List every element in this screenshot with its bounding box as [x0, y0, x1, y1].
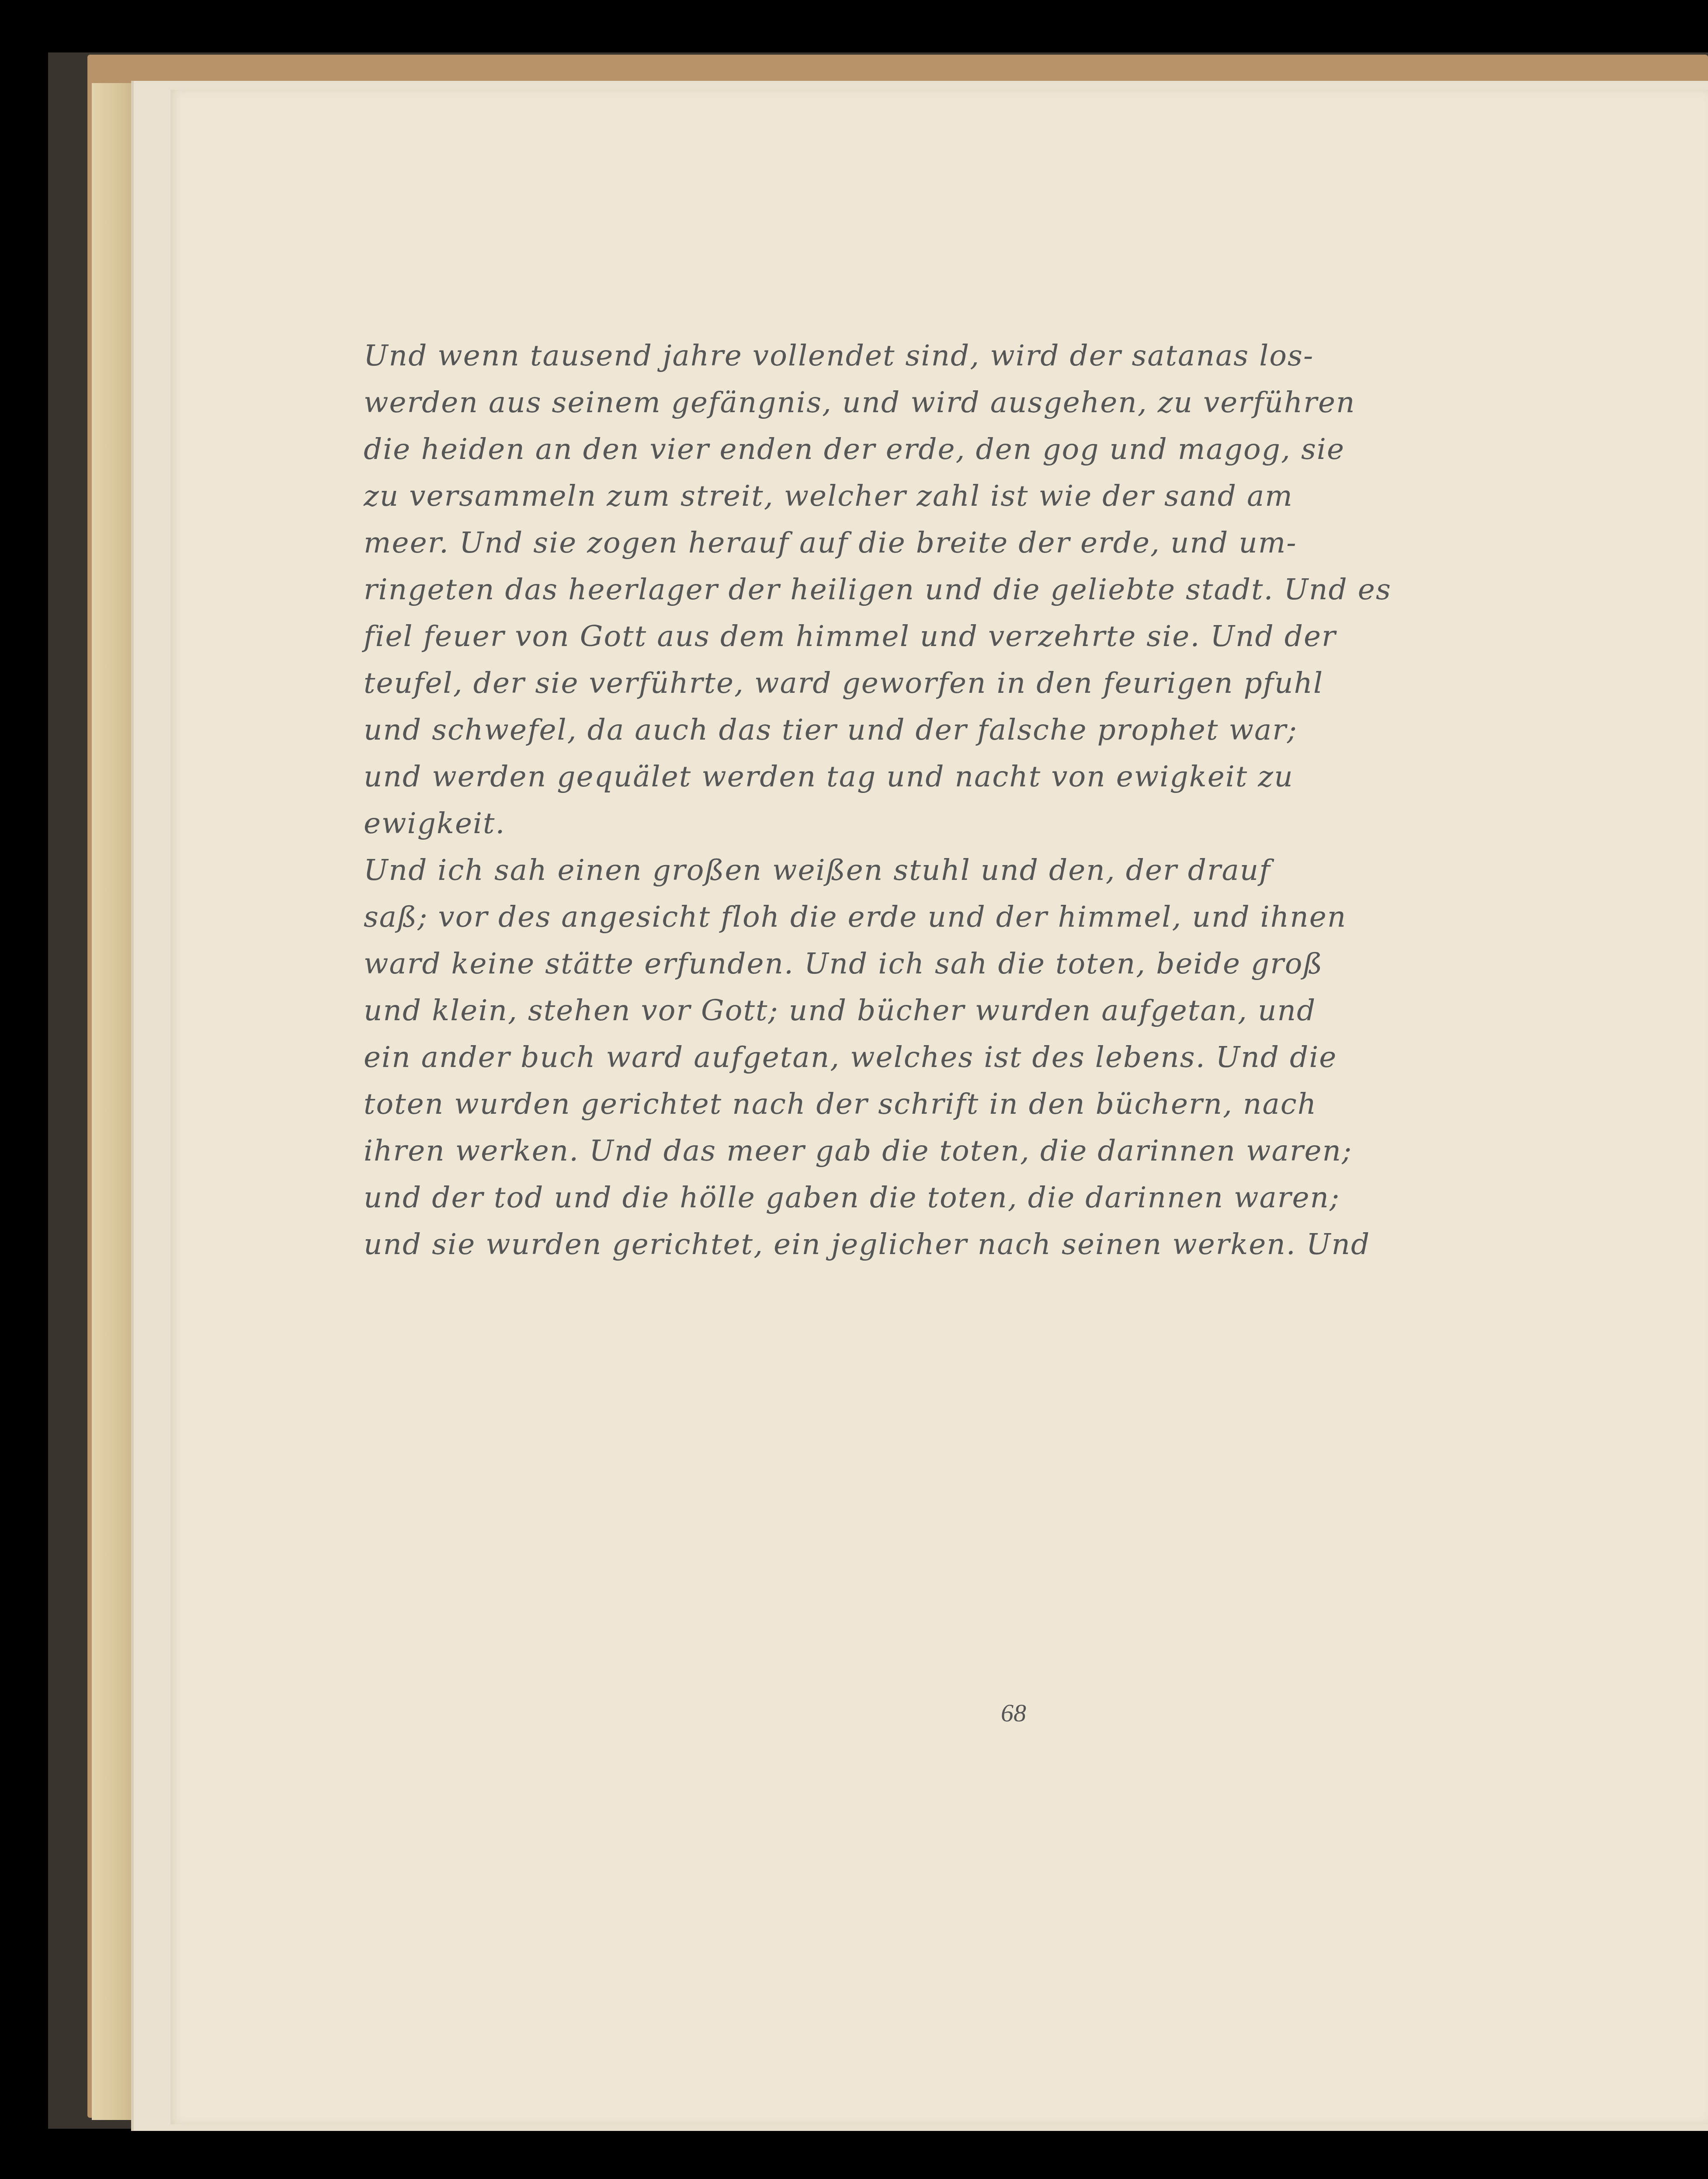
text-line: die heiden an den vier enden der erde, d…: [364, 426, 1517, 473]
text-line: und sie wurden gerichtet, ein jeglicher …: [364, 1221, 1517, 1268]
text-line: ewigkeit.: [364, 800, 1517, 847]
text-line: und werden gequälet werden tag und nacht…: [364, 753, 1517, 800]
text-line: fiel feuer von Gott aus dem himmel und v…: [364, 613, 1517, 660]
text-line: toten wurden gerichtet nach der schrift …: [364, 1081, 1517, 1127]
text-line: ringeten das heerlager der heiligen und …: [364, 566, 1517, 613]
page-number: 68: [1001, 1698, 1026, 1727]
book-spine: [92, 83, 135, 2120]
text-line: meer. Und sie zogen herauf auf die breit…: [364, 519, 1517, 566]
page-text: Und wenn tausend jahre vollendet sind, w…: [364, 332, 1517, 1268]
text-line: teufel, der sie verführte, ward geworfen…: [364, 660, 1517, 706]
text-line: zu versammeln zum streit, welcher zahl i…: [364, 473, 1517, 519]
text-line: Und wenn tausend jahre vollendet sind, w…: [364, 332, 1517, 379]
text-line: saß; vor des angesicht floh die erde und…: [364, 893, 1517, 940]
text-line: und schwefel, da auch das tier und der f…: [364, 706, 1517, 753]
text-line: ihren werken. Und das meer gab die toten…: [364, 1127, 1517, 1174]
text-line: ward keine stätte erfunden. Und ich sah …: [364, 940, 1517, 987]
text-line: und der tod und die hölle gaben die tote…: [364, 1174, 1517, 1221]
text-line: ein ander buch ward aufgetan, welches is…: [364, 1034, 1517, 1081]
text-line: und klein, stehen vor Gott; und bücher w…: [364, 987, 1517, 1034]
text-line: Und ich sah einen großen weißen stuhl un…: [364, 847, 1517, 893]
text-line: werden aus seinem gefängnis, und wird au…: [364, 379, 1517, 426]
